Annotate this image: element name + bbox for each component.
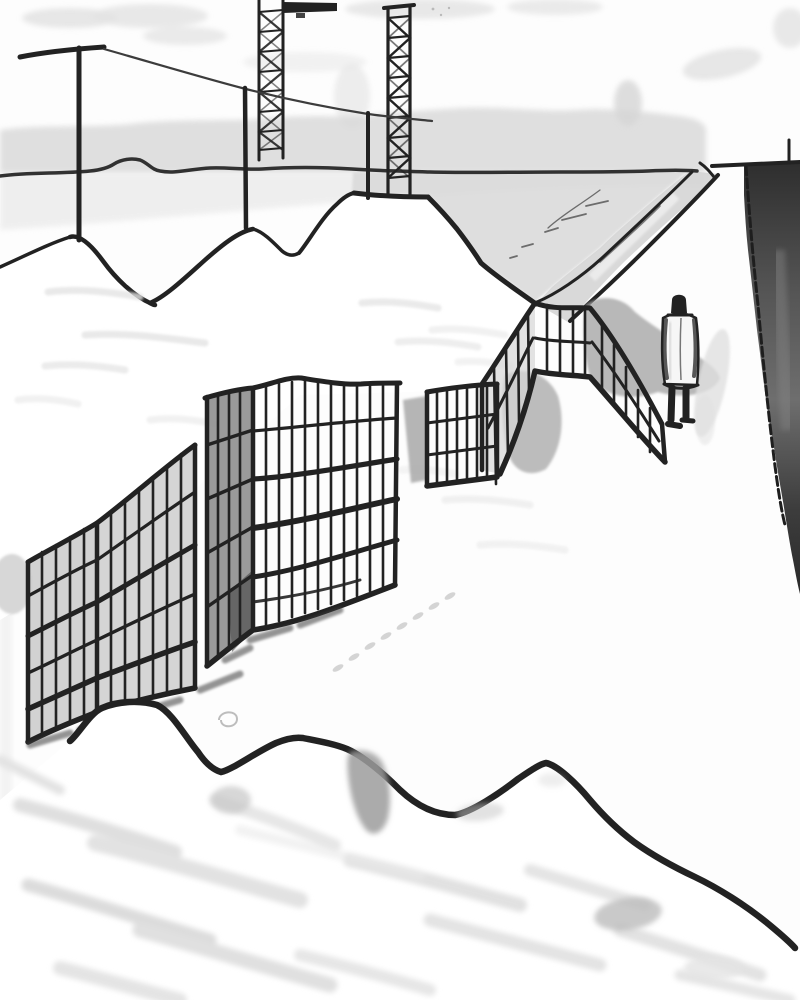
- thin-post-left: [245, 88, 246, 228]
- artwork-svg: Ink and wash drawing: construction site …: [0, 0, 800, 1000]
- figure-coat-shading: [669, 322, 671, 380]
- figure-arm-right: [694, 320, 696, 376]
- ink-drawing-canvas: Ink and wash drawing: construction site …: [0, 0, 800, 1000]
- figure-foot-right: [682, 420, 693, 421]
- patch-left: [211, 786, 251, 814]
- figure-back-fold: [680, 318, 681, 380]
- patch-bottom-right: [684, 956, 744, 980]
- patch-peak-shade: [538, 773, 566, 787]
- figure-foot-left: [668, 424, 680, 426]
- figure-head: [671, 295, 687, 313]
- distant-silhouette: [614, 80, 642, 126]
- figure-leg-left: [671, 388, 672, 420]
- figure-cast-shadow-2: [695, 395, 715, 445]
